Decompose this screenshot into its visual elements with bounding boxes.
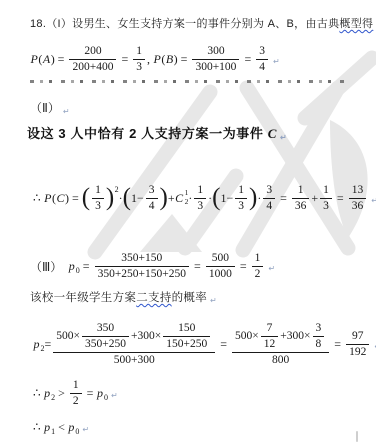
paragraph-mark: ↵ (63, 107, 70, 116)
line5-text-pre: 该校一年级学生方案 (30, 292, 136, 304)
formula-p0: p0 = 350+150350+250+150+250 = 5001000 = … (68, 250, 275, 282)
line-plan2-probability: 该校一年级学生方案二支持的概率↵ (30, 289, 217, 305)
paragraph-mark: ↵ (210, 296, 217, 305)
formula-pa-pb: P(A) = 200200+400 = 13, P(B) = 300300+10… (30, 44, 280, 74)
formula-conclusion-p2: ∴ p2 > 12 = p0↵ (33, 378, 118, 408)
section-label-2: （Ⅱ）↵ (30, 99, 70, 116)
formula-conclusion-p1: ∴ p1 < p0↵ (33, 419, 89, 435)
section3-row: （Ⅲ） p0 = 350+150350+250+150+250 = 500100… (30, 250, 275, 282)
line5-spellcheck-underline: 二支持 (136, 292, 171, 304)
document-page: 18.（I）设男生、女生支持方案一的事件分别为 A、B，由古典概型得↵ P(A)… (0, 0, 376, 447)
line1-text: 18.（I）设男生、女生支持方案一的事件分别为 A、B，由古典 (30, 18, 339, 30)
line-problem-statement: 18.（I）设男生、女生支持方案一的事件分别为 A、B，由古典概型得↵ (30, 15, 376, 31)
line3-variable-c: C (268, 126, 277, 141)
formula-p2: p2=500×350350+250+300×150150+250500+300 … (33, 318, 376, 370)
formula-pc: ∴ P(C) = (13)2·(1−34)+C12·13·(1−13)·34 =… (33, 177, 376, 219)
line3-text: 设这 3 人中恰有 2 人支持方案一为事件 (27, 126, 268, 141)
section-label-3: （Ⅲ） (30, 258, 62, 275)
clipped-text-line (30, 80, 346, 83)
line1-spellcheck-underline: 概型得 (339, 18, 373, 30)
scrollbar-thumb[interactable] (356, 431, 358, 442)
line-event-c-definition: 设这 3 人中恰有 2 人支持方案一为事件 C↵ (27, 123, 287, 142)
section2-text: （Ⅱ） (30, 101, 60, 115)
paragraph-mark: ↵ (280, 133, 287, 142)
line5-text-post: 的概率 (172, 292, 207, 304)
